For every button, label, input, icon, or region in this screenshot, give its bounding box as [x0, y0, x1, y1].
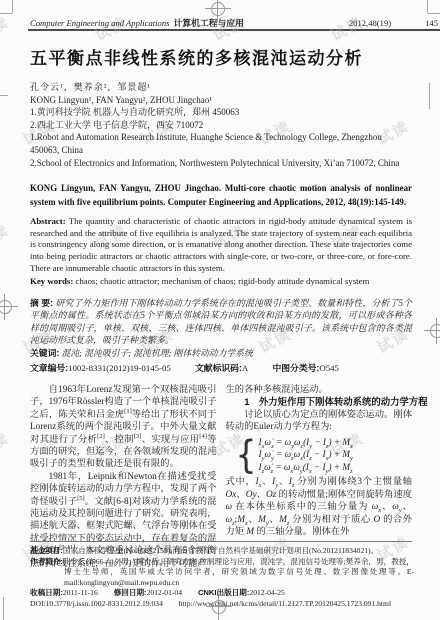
registration-mark-right-middle	[424, 318, 440, 344]
equation-line-1: Ixω̇x = ωyωz(Iy − Iz) + Mx	[259, 437, 353, 447]
crop-mark-top-left-vertical	[12, 0, 13, 13]
received-label: 收稿日期:	[30, 588, 63, 597]
citation-line: KONG Lingyun, FAN Yangyu, ZHOU Jingchao.…	[30, 182, 412, 209]
running-head: Computer Engineering and Applications 计算…	[30, 16, 438, 29]
footnote-rule	[30, 541, 412, 542]
body-column-left: 自1963年Lorenz发现第一个双核混沌吸引子，1976年Rössler构造了…	[30, 384, 217, 570]
author-bio-note: 作者简介:孔令云(1966—)，男，博士后，研究方向:控制理论与应用，混沌学，混…	[30, 557, 414, 589]
funding-label: 基金项目:	[30, 546, 63, 555]
journal-name-english: Computer Engineering and Applications	[30, 18, 169, 28]
crop-tick-right	[429, 83, 430, 109]
affiliation-2-english: 2.School of Electronics and Information,…	[30, 157, 412, 170]
abstract-chinese-label: 摘 要:	[30, 298, 53, 308]
abstract-label: Abstract:	[30, 216, 66, 226]
affiliation-1-english: 1.Robot and Automation Research Institut…	[30, 131, 412, 156]
page-number: 145	[425, 18, 438, 28]
keywords-text: chaos; chaotic attractor; mechanism of c…	[75, 276, 369, 286]
funding-note: 基金项目:国家自然科学基金(No.60872159);河南省教育厅自然科学基础研…	[30, 546, 414, 557]
body-paragraph: 自1963年Lorenz发现第一个双核混沌吸引子，1976年Rössler构造了…	[30, 384, 217, 471]
crop-mark-bottom-left-vertical	[3, 597, 4, 620]
affiliation-1-chinese: 1.黄河科技学院 机器人与自动化研究所，郑州 450063	[30, 106, 412, 119]
keywords-chinese: 关键词: 混沌; 混沌吸引子; 混沌机理; 刚体转动动力学系统	[30, 347, 412, 359]
crop-tick-left	[0, 95, 8, 96]
authors-english: KONG Lingyun¹, FAN Yangyu², ZHOU Jingcha…	[30, 94, 412, 107]
abstract-text: The quantity and characteristic of chaot…	[30, 216, 412, 272]
article-title: 五平衡点非线性系统的多核混沌运动分析	[30, 44, 412, 69]
article-front-matter: 五平衡点非线性系统的多核混沌运动分析 孔令云¹，樊养余²，邹景超¹ KONG L…	[30, 42, 412, 570]
revised-date: 2012-01-04	[147, 588, 182, 597]
keywords-chinese-label: 关键词:	[30, 348, 59, 358]
equation-lines: Ixω̇x = ωyωz(Iy − Iz) + Mx Iyω̇y = ωzωx(…	[259, 436, 353, 474]
affiliation-2-chinese: 2.西北工业大学 电子信息学院，西安 710072	[30, 119, 412, 132]
journal-name-chinese: 计算机工程与应用	[173, 16, 243, 29]
watermark-text: 试读	[0, 219, 13, 254]
dates-note: 收稿日期:2011-11-16 修回日期:2012-01-04 CNKI出版日期…	[30, 588, 414, 599]
article-number-label: 文章编号:	[30, 363, 68, 373]
author-bio-label: 作者简介:	[30, 557, 63, 566]
body-column-right: 生的各种多核混沌运动。 1 外力矩作用下刚体转动系统的动力学方程 讨论以质心为定…	[226, 384, 413, 570]
article-number: 1002-8331(2012)19-0145-05	[68, 363, 171, 373]
cnki-publish-date: 2012-04-25	[249, 588, 284, 597]
article-identifiers: 文章编号:1002-8331(2012)19-0145-05 文献标识码:A 中…	[30, 362, 412, 375]
keywords-english: Key words: chaos; chaotic attractor; mec…	[30, 275, 412, 287]
section-1-heading: 1 外力矩作用下刚体转动系统的动力学方程	[226, 396, 413, 408]
body-paragraph: 生的各种多核混沌运动。	[226, 384, 413, 396]
received-date: 2011-11-16	[63, 588, 98, 597]
footnote-block: 基金项目:国家自然科学基金(No.60872159);河南省教育厅自然科学基础研…	[30, 546, 414, 610]
abstract-chinese: 摘 要: 研究了外力矩作用下刚体转动动力学系统存在的混沌吸引子类型、数量和特性，…	[30, 297, 412, 346]
cnki-url: http://www.cnki.net/kcms/detail/11.2127.…	[179, 599, 391, 608]
equation-line-3: Izω̇z = ωxωy(Ix − Iy) + Mz	[259, 462, 353, 472]
header-rule	[28, 29, 440, 31]
crop-mark-top-left-horizontal	[0, 13, 12, 14]
abstract-english: Abstract: The quantity and characteristi…	[30, 216, 412, 274]
euler-equation: { Ixω̇x = ωyωz(Iy − Iz) + Mx Iyω̇y = ωzω…	[236, 436, 413, 474]
body-paragraph: 讨论以质心为定点的刚体姿态运动。刚体转动的Euler动力学方程为:	[226, 409, 413, 434]
document-code: A	[242, 363, 248, 373]
scanned-paper-page: { "watermark": {"text": "试读"}, "header":…	[0, 0, 440, 620]
funding-text: 国家自然科学基金(No.60872159);河南省教育厅自然科学基础研究计划项目…	[63, 546, 378, 555]
authors-chinese: 孔令云¹，樊养余²，邹景超¹	[30, 81, 412, 94]
keywords-chinese-text: 混沌; 混沌吸引子; 混沌机理; 刚体转动动力学系统	[62, 348, 253, 358]
clc-number-label: 中图分类号:	[272, 363, 319, 373]
registration-mark-left-middle	[0, 294, 18, 320]
body-paragraph: 式中，Ix、Iy、Iz 分别为刚体绕3个主惯量轴 Ox、Oy、Oz 的转动惯量;…	[226, 476, 413, 538]
watermark-text: 试读	[0, 427, 13, 462]
revised-label: 修回日期:	[114, 588, 147, 597]
abstract-chinese-text: 研究了外力矩作用下刚体转动动力学系统存在的混沌吸引子类型、数量和特性，分析了5个…	[30, 298, 412, 345]
doi-text: DOI:10.3778/j.issn.1002-8331.2012.19.034	[30, 599, 163, 608]
document-code-label: 文献标识码:	[195, 363, 242, 373]
crop-mark-top-right-vertical	[427, 0, 428, 13]
author-bio-text: 孔令云(1966—)，男，博士后，研究方向:控制理论与应用，混沌学，混沌信号处理…	[63, 557, 414, 587]
cnki-publish-label: CNKI出版日期:	[198, 588, 249, 597]
equation-line-2: Iyω̇y = ωzωx(Iz − Ix) + My	[259, 449, 353, 459]
keywords-label: Key words:	[30, 276, 73, 286]
watermark-text: 试读	[0, 11, 13, 46]
doi-note: DOI:10.3778/j.issn.1002-8331.2012.19.034…	[30, 599, 414, 610]
body-columns: 自1963年Lorenz发现第一个双核混沌吸引子，1976年Rössler构造了…	[30, 384, 412, 570]
crop-mark-top-right-horizontal	[428, 13, 440, 14]
equation-brace: {	[236, 435, 257, 473]
issue-info: 2012,48(19)	[349, 18, 391, 28]
clc-number: O545	[319, 363, 339, 373]
